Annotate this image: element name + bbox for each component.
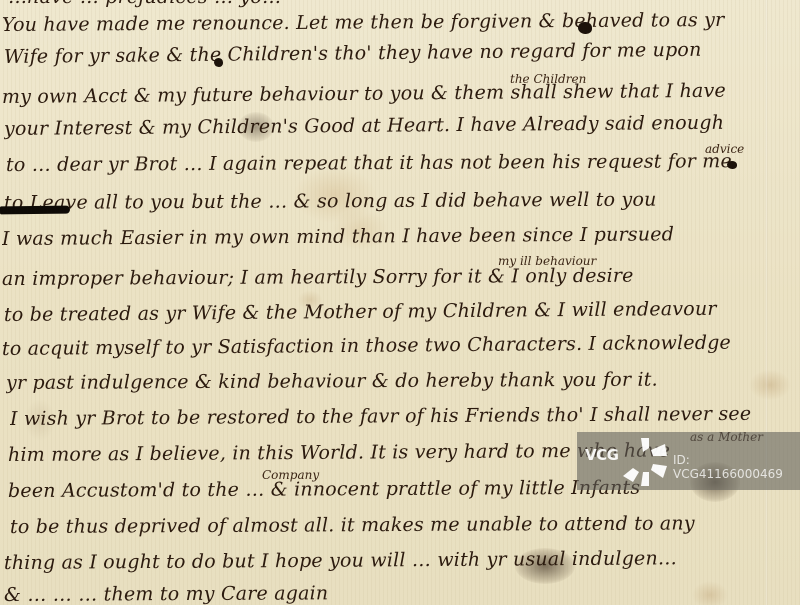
letter-line: I was much Easier in my own mind than I …: [2, 222, 800, 256]
letter-line: to … dear yr Brot … I again repeat that …: [6, 150, 800, 182]
letter-line: I wish yr Brot to be restored to the fav…: [10, 402, 800, 436]
interlinear-insertion: advice: [705, 142, 744, 156]
letter-line: to be thus deprived of almost all. it ma…: [10, 512, 800, 544]
line-text: to … dear yr Brot … I again repeat that …: [6, 150, 732, 176]
ink-blot: [214, 58, 223, 67]
line-text: & … … … them to my Care again: [4, 582, 328, 605]
line-text: an improper behaviour; I am heartily Sor…: [2, 265, 634, 290]
interlinear-insertion: the Children: [510, 72, 586, 86]
line-text: him more as I believe, in this World. It…: [8, 439, 670, 466]
line-text: thing as I ought to do but I hope you wi…: [4, 547, 677, 574]
watermark-id: ID: VCG41166000469: [673, 453, 800, 481]
letter-line: to Leave all to you but the … & so long …: [4, 188, 800, 220]
interlinear-insertion: my ill behaviour: [498, 254, 596, 268]
watermark-logo-text: VCG: [585, 446, 618, 464]
ink-smudge: [238, 112, 274, 142]
line-text: to be thus deprived of almost all. it ma…: [10, 512, 695, 538]
ink-blot: [727, 161, 737, 169]
letter-line: yr past indulgence & kind behaviour & do…: [6, 368, 800, 400]
ink-strike-bar: [0, 206, 70, 215]
letter-line: You have made me renounce. Let me then b…: [2, 8, 800, 42]
line-text: been Accustom'd to the … & innocent prat…: [8, 477, 640, 502]
line-text: I wish yr Brot to be restored to the fav…: [10, 403, 751, 430]
interlinear-insertion: Company: [262, 468, 319, 482]
line-text: You have made me renounce. Let me then b…: [2, 9, 725, 36]
line-text: to Leave all to you but the … & so long …: [4, 189, 657, 214]
line-text: …have … prejudices … yo…: [8, 0, 281, 8]
watermark-pinwheel-icon: [617, 436, 669, 488]
stock-watermark: VCG ID: VCG41166000469: [577, 432, 800, 490]
ink-smudge: [515, 548, 575, 584]
ink-blot: [578, 22, 592, 34]
letter-line: & … … … them to my Care again: [4, 580, 800, 605]
line-text: yr past indulgence & kind behaviour & do…: [6, 369, 658, 394]
letter-line: thing as I ought to do but I hope you wi…: [4, 546, 800, 580]
line-text: I was much Easier in my own mind than I …: [2, 223, 674, 250]
letter-line: an improper behaviour; I am heartily Sor…: [2, 264, 800, 296]
